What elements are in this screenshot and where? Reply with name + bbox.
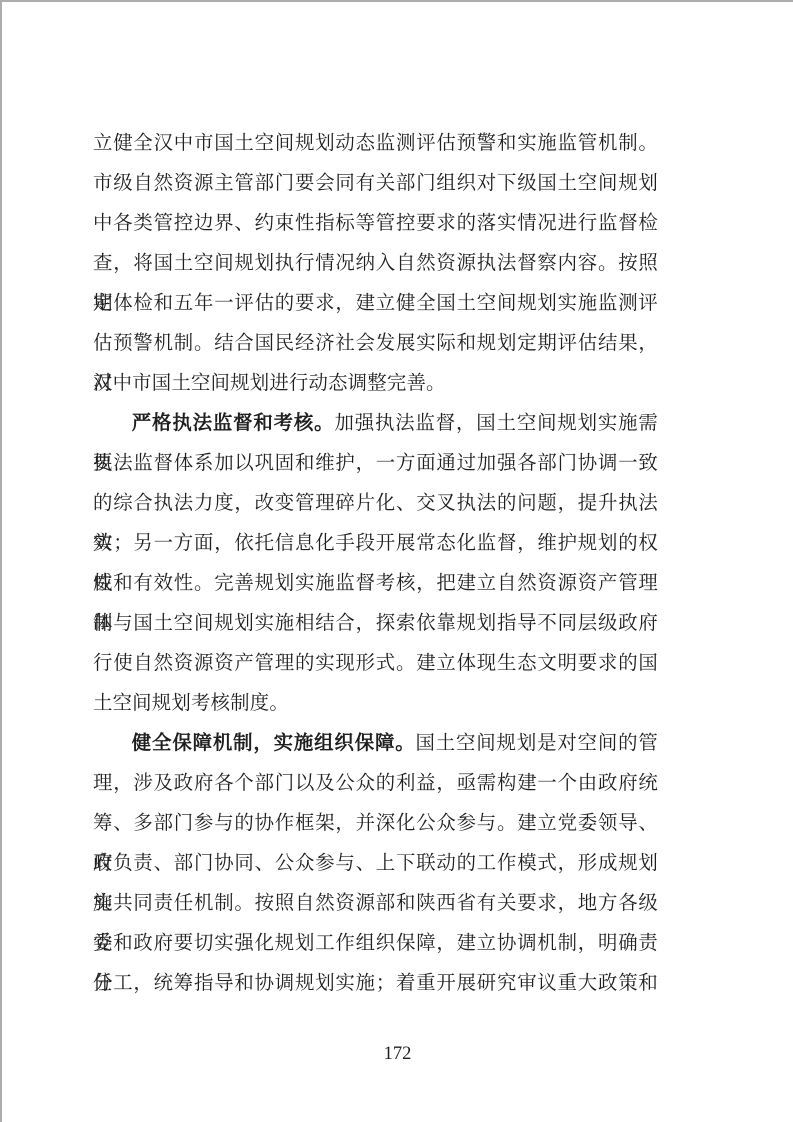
- page-body-text: 立健全汉中市国土空间规划动态监测评估预警和实施监管机制。市级自然资源主管部门要会…: [93, 124, 658, 1004]
- text-line: 健全保障机制，实施组织保障。国土空间规划是对空间的管: [93, 724, 658, 764]
- text-line: 立健全汉中市国土空间规划动态监测评估预警和实施监管机制。: [93, 124, 658, 164]
- paragraph-lead-bold: 严格执法监督和考核。: [132, 413, 335, 434]
- text-line: 制与国土空间规划实施相结合，探索依靠规划指导不同层级政府: [93, 604, 658, 644]
- text-line: 汉中市国土空间规划进行动态调整完善。: [93, 364, 658, 404]
- page-number: 172: [2, 1042, 793, 1066]
- line-text: 国土空间规划是对空间的管: [416, 733, 659, 754]
- text-line: 中各类管控边界、约束性指标等管控要求的落实情况进行监督检: [93, 204, 658, 244]
- text-line: 委和政府要切实强化规划工作组织保障，建立协调机制，明确责任: [93, 924, 658, 964]
- paragraph-lead-bold: 健全保障机制，实施组织保障。: [132, 733, 416, 754]
- line-text: 分工，统筹指导和协调规划实施；着重开展研究审议重大政策和制: [93, 973, 658, 1004]
- text-line: 性和有效性。完善规划实施监督考核，把建立自然资源资产管理体: [93, 564, 658, 604]
- line-text: 执法监督体系加以巩固和维护，一方面通过加强各部门协调一致: [93, 453, 658, 474]
- line-text: 立健全汉中市国土空间规划动态监测评估预警和实施监管机制。: [93, 133, 658, 154]
- line-text: 行使自然资源资产管理的实现形式。建立体现生态文明要求的国: [93, 653, 658, 674]
- text-line: 查，将国土空间规划执行情况纳入自然资源执法督察内容。按照定: [93, 244, 658, 284]
- text-line: 理，涉及政府各个部门以及公众的利益，亟需构建一个由政府统: [93, 764, 658, 804]
- text-line: 的综合执法力度，改变管理碎片化、交叉执法的问题，提升执法实: [93, 484, 658, 524]
- text-line: 执法监督体系加以巩固和维护，一方面通过加强各部门协调一致: [93, 444, 658, 484]
- text-line: 市级自然资源主管部门要会同有关部门组织对下级国土空间规划: [93, 164, 658, 204]
- text-line: 土空间规划考核制度。: [93, 684, 658, 724]
- text-line: 行使自然资源资产管理的实现形式。建立体现生态文明要求的国: [93, 644, 658, 684]
- line-text: 汉中市国土空间规划进行动态调整完善。: [93, 373, 446, 394]
- text-line: 施共同责任机制。按照自然资源部和陕西省有关要求，地方各级党: [93, 884, 658, 924]
- text-line: 筹、多部门参与的协作框架，并深化公众参与。建立党委领导、政: [93, 804, 658, 844]
- text-line: 府负责、部门协同、公众参与、上下联动的工作模式，形成规划实: [93, 844, 658, 884]
- line-text: 市级自然资源主管部门要会同有关部门组织对下级国土空间规划: [93, 173, 658, 194]
- text-line: 效；另一方面，依托信息化手段开展常态化监督，维护规划的权威: [93, 524, 658, 564]
- text-line: 严格执法监督和考核。加强执法监督，国土空间规划实施需要: [93, 404, 658, 444]
- document-page: 立健全汉中市国土空间规划动态监测评估预警和实施监管机制。市级自然资源主管部门要会…: [0, 0, 793, 1122]
- text-line: 估预警机制。结合国民经济社会发展实际和规划定期评估结果，对: [93, 324, 658, 364]
- line-text: 制与国土空间规划实施相结合，探索依靠规划指导不同层级政府: [93, 613, 658, 634]
- text-line: 期体检和五年一评估的要求，建立健全国土空间规划实施监测评: [93, 284, 658, 324]
- line-text: 中各类管控边界、约束性指标等管控要求的落实情况进行监督检: [93, 213, 658, 234]
- line-text: 土空间规划考核制度。: [93, 693, 289, 714]
- line-text: 期体检和五年一评估的要求，建立健全国土空间规划实施监测评: [93, 293, 658, 314]
- line-text: 理，涉及政府各个部门以及公众的利益，亟需构建一个由政府统: [93, 773, 658, 794]
- text-line: 分工，统筹指导和协调规划实施；着重开展研究审议重大政策和制: [93, 964, 658, 1004]
